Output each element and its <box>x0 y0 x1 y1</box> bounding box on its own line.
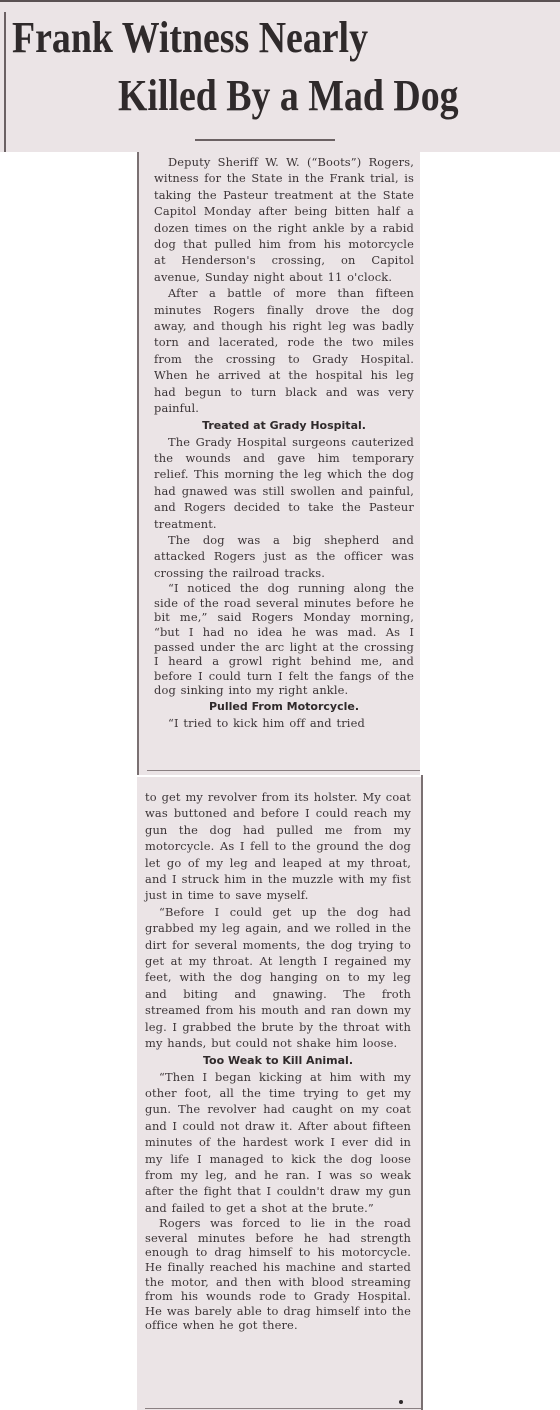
headline-divider <box>195 139 335 141</box>
paragraph: Rogers was forced to lie in the road sev… <box>145 1216 411 1333</box>
headline-line-2: Killed By a Mad Dog <box>118 70 459 121</box>
paragraph: “Then I began kicking at him with my oth… <box>145 1069 411 1217</box>
subheading: Treated at Grady Hospital. <box>154 417 414 434</box>
paragraph: The dog was a big shepherd and attacked … <box>154 532 414 581</box>
column-rule <box>4 12 6 152</box>
paragraph: Deputy Sheriff W. W. (“Boots”) Rogers, w… <box>154 154 414 285</box>
paragraph: “Before I could get up the dog had grabb… <box>145 904 411 1052</box>
paragraph: to get my revolver from its holster. My … <box>145 789 411 904</box>
subheading: Too Weak to Kill Animal. <box>145 1052 411 1069</box>
end-mark <box>399 1400 403 1404</box>
paragraph: The Grady Hospital surgeons cauterized t… <box>154 434 414 532</box>
article-column-1: Deputy Sheriff W. W. (“Boots”) Rogers, w… <box>137 152 420 775</box>
article-column-2: to get my revolver from its holster. My … <box>137 775 423 1410</box>
headline-block: Frank Witness Nearly Killed By a Mad Dog <box>0 0 560 152</box>
headline-line-1: Frank Witness Nearly <box>12 12 368 63</box>
subheading: Pulled From Motorcycle. <box>154 698 414 715</box>
paragraph: “I noticed the dog running along the sid… <box>154 581 414 698</box>
paragraph: “I tried to kick him off and tried <box>154 715 414 731</box>
paragraph: After a battle of more than fifteen minu… <box>154 285 414 416</box>
